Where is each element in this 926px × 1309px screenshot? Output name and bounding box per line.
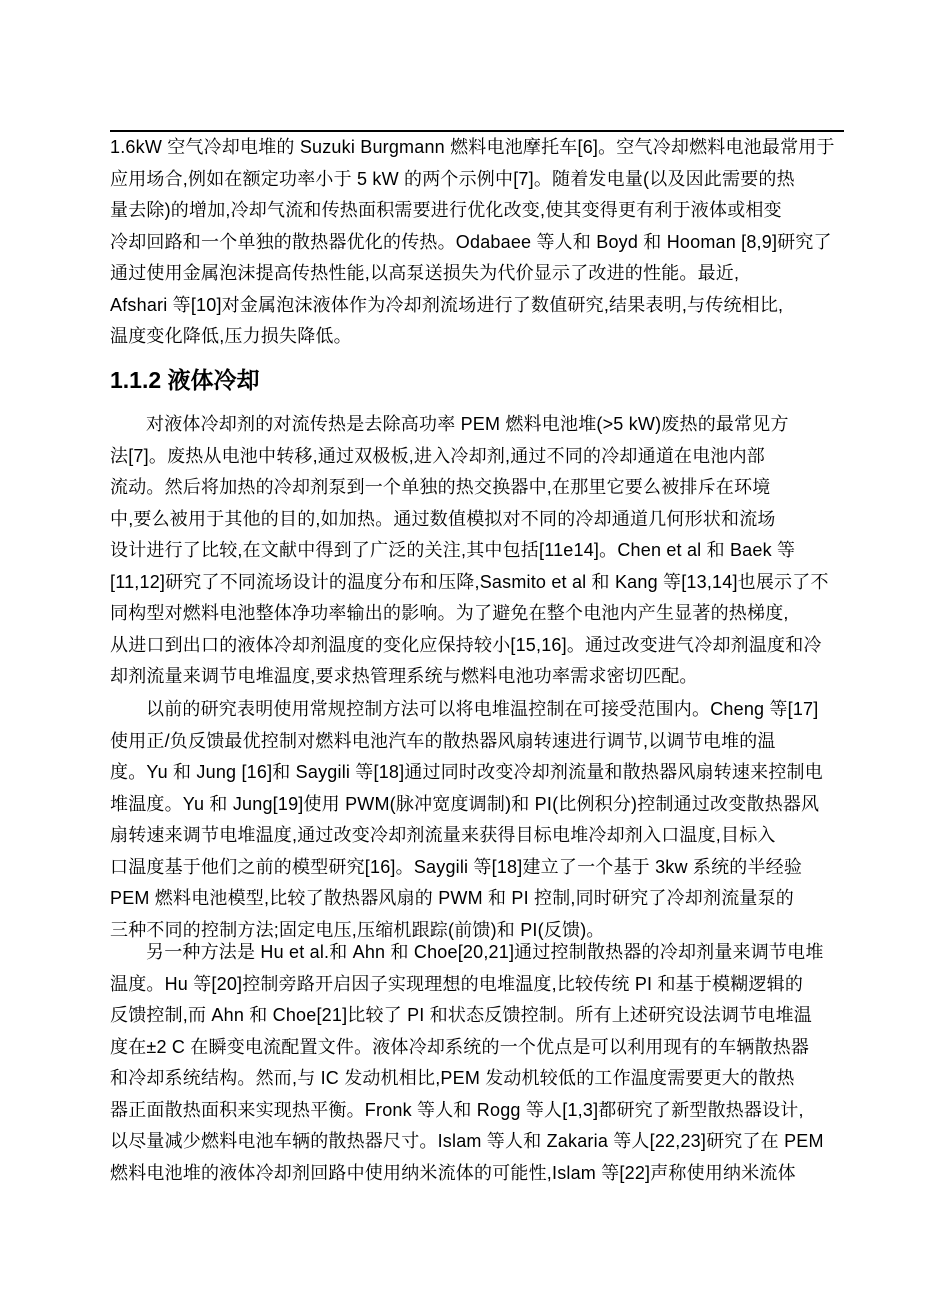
paragraph: 另一种方法是 Hu et al.和 Ahn 和 Choe[20,21]通过控制散…: [110, 937, 850, 1189]
text-line: 器正面散热面积来实现热平衡。Fronk 等人和 Rogg 等人[1,3]都研究了…: [110, 1095, 850, 1127]
text-line: 以尽量减少燃料电池车辆的散热器尺寸。Islam 等人和 Zakaria 等人[2…: [110, 1126, 850, 1158]
text-line: 冷却回路和一个单独的散热器优化的传热。Odabaee 等人和 Boyd 和 Ho…: [110, 227, 850, 259]
text-line: 使用正/负反馈最优控制对燃料电池汽车的散热器风扇转速进行调节,以调节电堆的温: [110, 726, 850, 758]
document-page: 1.6kW 空气冷却电堆的 Suzuki Burgmann 燃料电池摩托车[6]…: [0, 0, 926, 1309]
text-line: 量去除)的增加,冷却气流和传热面积需要进行优化改变,使其变得更有利于液体或相变: [110, 195, 850, 227]
text-line: 设计进行了比较,在文献中得到了广泛的关注,其中包括[11e14]。Chen et…: [110, 535, 850, 567]
text-line: 流动。然后将加热的冷却剂泵到一个单独的热交换器中,在那里它要么被排斥在环境: [110, 472, 850, 504]
text-line: [11,12]研究了不同流场设计的温度分布和压降,Sasmito et al 和…: [110, 567, 850, 599]
text-line: 度。Yu 和 Jung [16]和 Saygili 等[18]通过同时改变冷却剂…: [110, 757, 850, 789]
text-line: 度在±2 C 在瞬变电流配置文件。液体冷却系统的一个优点是可以利用现有的车辆散热…: [110, 1032, 850, 1064]
text-line: PEM 燃料电池模型,比较了散热器风扇的 PWM 和 PI 控制,同时研究了冷却…: [110, 883, 850, 915]
text-line: Afshari 等[10]对金属泡沫液体作为冷却剂流场进行了数值研究,结果表明,…: [110, 290, 850, 322]
paragraph: 对液体冷却剂的对流传热是去除高功率 PEM 燃料电池堆(>5 kW)废热的最常见…: [110, 409, 850, 693]
text-line: 扇转速来调节电堆温度,通过改变冷却剂流量来获得目标电堆冷却剂入口温度,目标入: [110, 820, 850, 852]
text-line: 1.6kW 空气冷却电堆的 Suzuki Burgmann 燃料电池摩托车[6]…: [110, 132, 850, 164]
text-line: 堆温度。Yu 和 Jung[19]使用 PWM(脉冲宽度调制)和 PI(比例积分…: [110, 789, 850, 821]
paragraph: 以前的研究表明使用常规控制方法可以将电堆温控制在可接受范围内。Cheng 等[1…: [110, 694, 850, 946]
text-line: 对液体冷却剂的对流传热是去除高功率 PEM 燃料电池堆(>5 kW)废热的最常见…: [110, 409, 850, 441]
text-line: 温度变化降低,压力损失降低。: [110, 321, 850, 353]
text-line: 以前的研究表明使用常规控制方法可以将电堆温控制在可接受范围内。Cheng 等[1…: [110, 694, 850, 726]
text-line: 通过使用金属泡沫提高传热性能,以高泵送损失为代价显示了改进的性能。最近,: [110, 258, 850, 290]
text-line: 却剂流量来调节电堆温度,要求热管理系统与燃料电池功率需求密切匹配。: [110, 661, 850, 693]
text-line: 反馈控制,而 Ahn 和 Choe[21]比较了 PI 和状态反馈控制。所有上述…: [110, 1000, 850, 1032]
text-line: 应用场合,例如在额定功率小于 5 kW 的两个示例中[7]。随着发电量(以及因此…: [110, 164, 850, 196]
paragraph: 1.6kW 空气冷却电堆的 Suzuki Burgmann 燃料电池摩托车[6]…: [110, 132, 850, 353]
text-line: 同构型对燃料电池整体净功率输出的影响。为了避免在整个电池内产生显著的热梯度,: [110, 598, 850, 630]
text-line: 温度。Hu 等[20]控制旁路开启因子实现理想的电堆温度,比较传统 PI 和基于…: [110, 969, 850, 1001]
text-line: 口温度基于他们之前的模型研究[16]。Saygili 等[18]建立了一个基于 …: [110, 852, 850, 884]
text-line: 燃料电池堆的液体冷却剂回路中使用纳米流体的可能性,Islam 等[22]声称使用…: [110, 1158, 850, 1190]
text-line: 另一种方法是 Hu et al.和 Ahn 和 Choe[20,21]通过控制散…: [110, 937, 850, 969]
text-line: 从进口到出口的液体冷却剂温度的变化应保持较小[15,16]。通过改变进气冷却剂温…: [110, 630, 850, 662]
section-heading: 1.1.2 液体冷却: [110, 363, 260, 397]
text-line: 和冷却系统结构。然而,与 IC 发动机相比,PEM 发动机较低的工作温度需要更大…: [110, 1063, 850, 1095]
text-line: 中,要么被用于其他的目的,如加热。通过数值模拟对不同的冷却通道几何形状和流场: [110, 504, 850, 536]
text-line: 法[7]。废热从电池中转移,通过双极板,进入冷却剂,通过不同的冷却通道在电池内部: [110, 441, 850, 473]
